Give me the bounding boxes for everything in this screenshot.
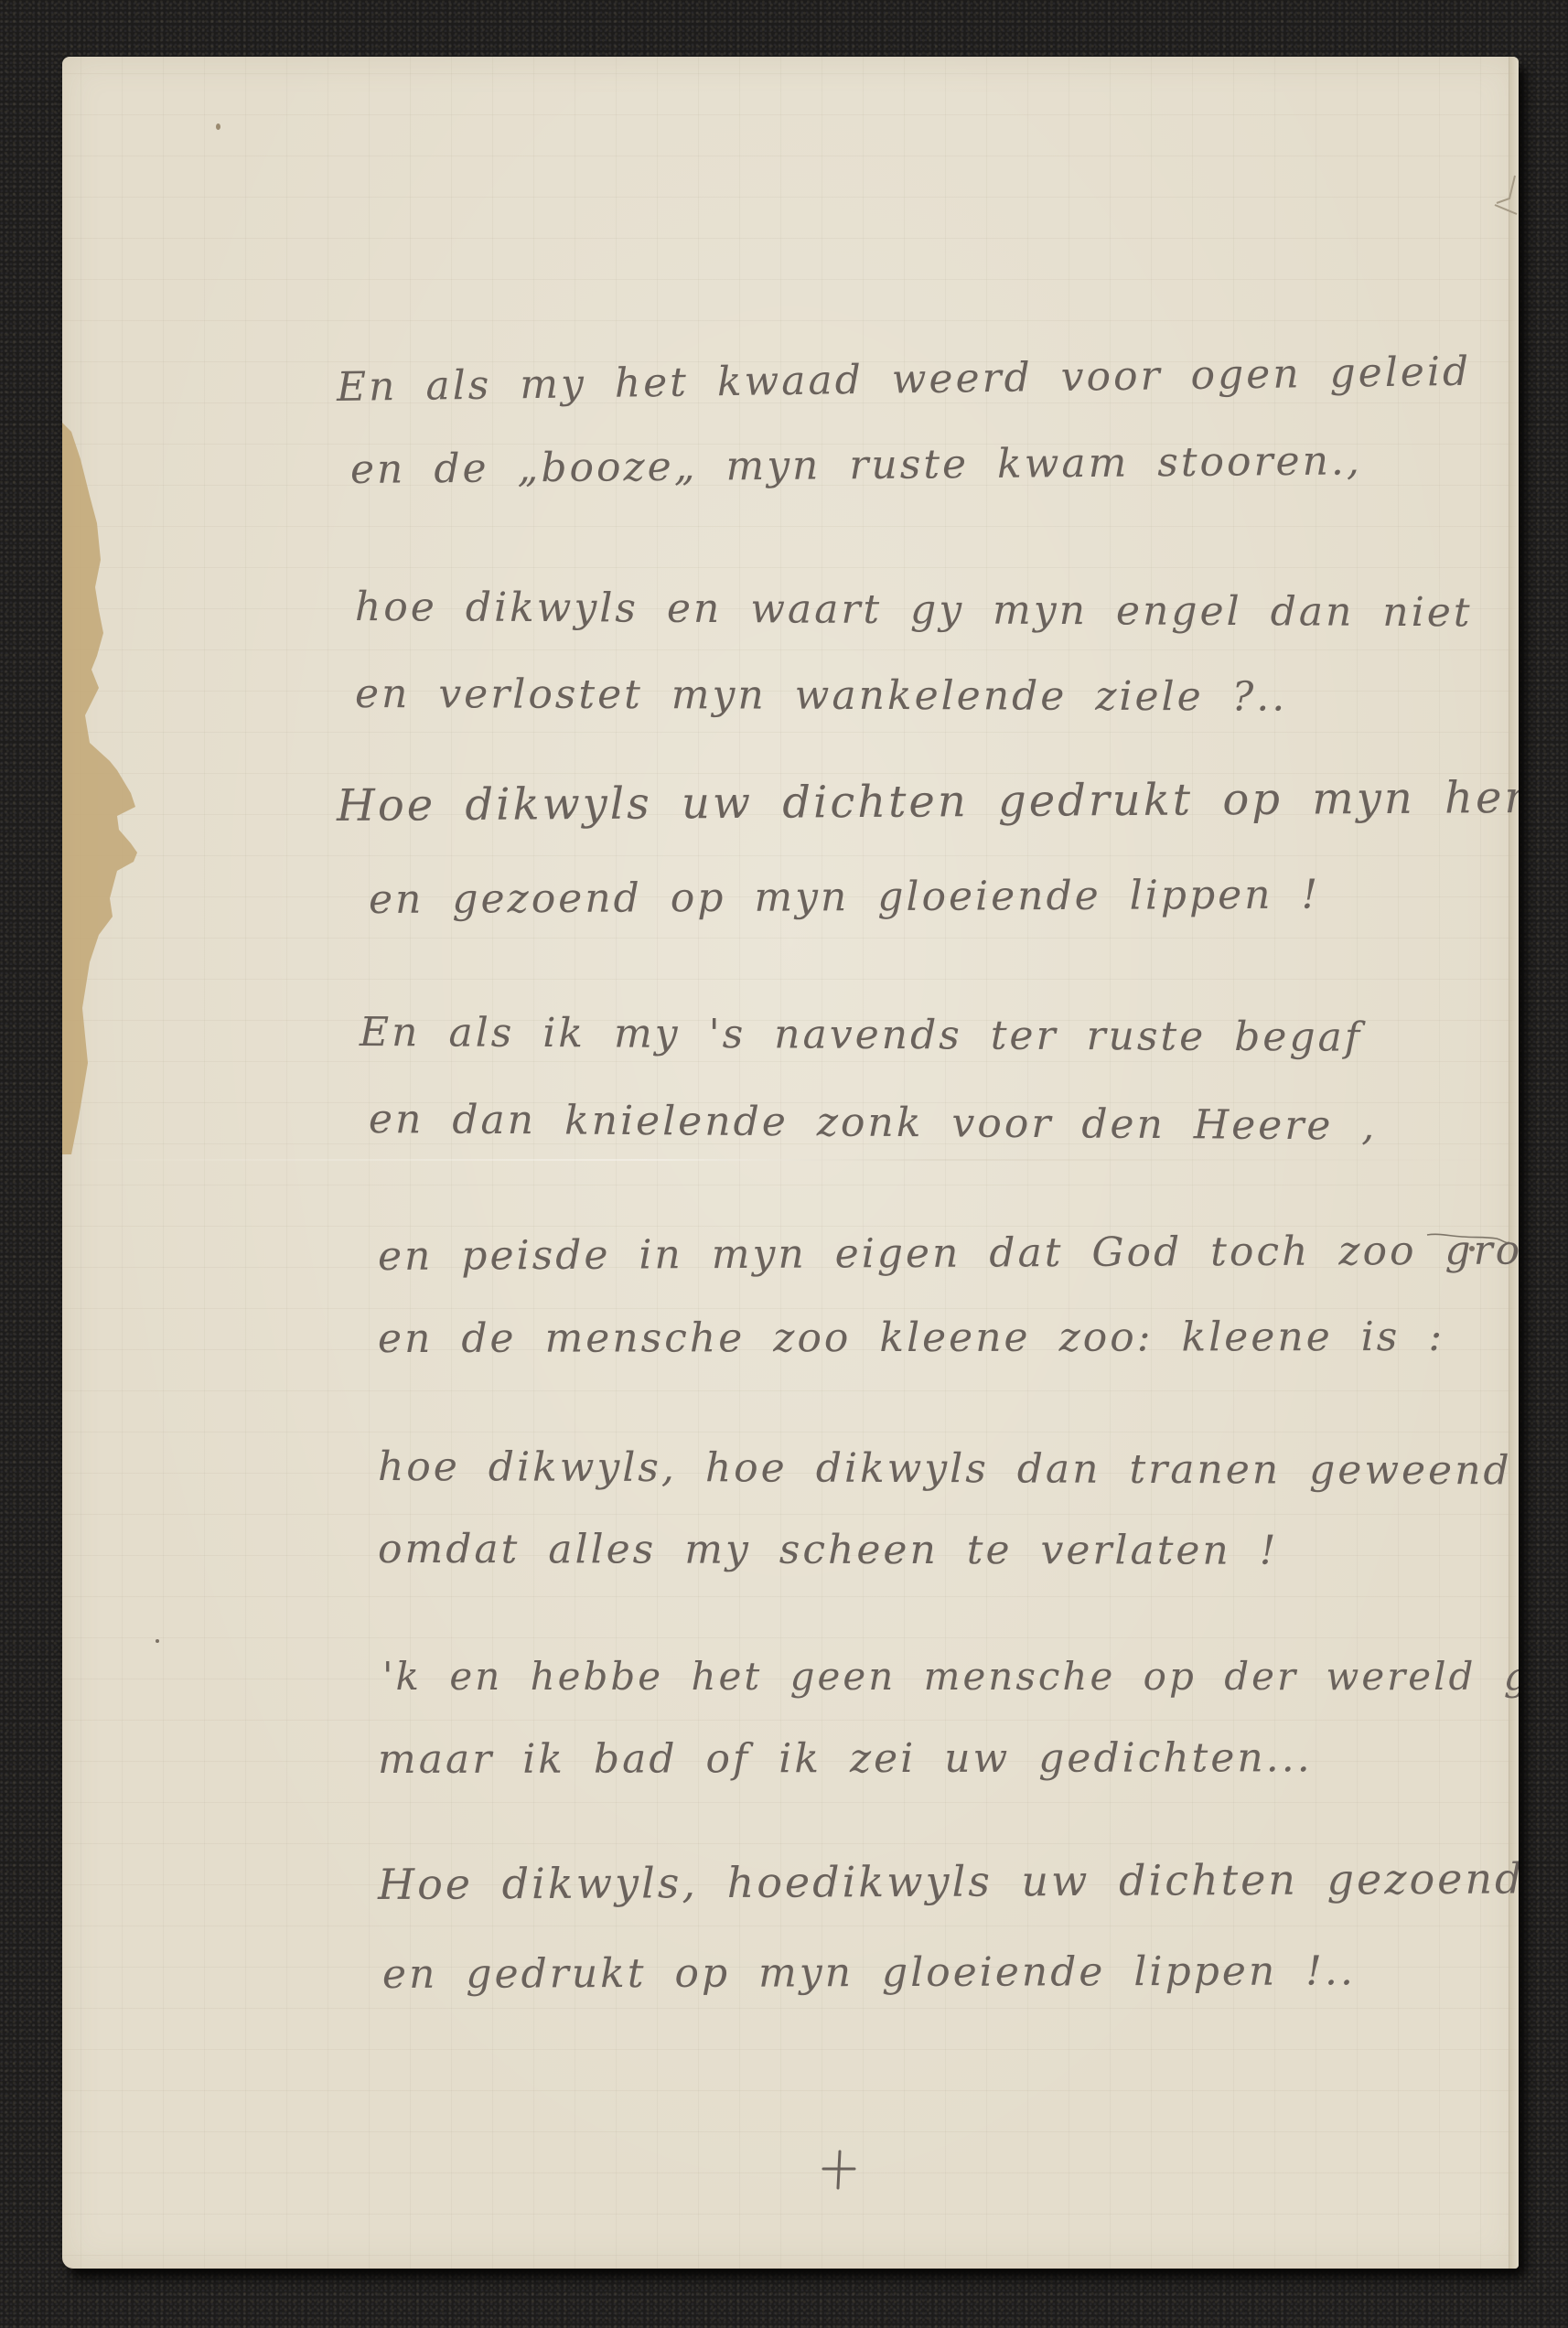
manuscript-line: Hoe dikwyls uw dichten gedrukt op myn he… bbox=[337, 776, 1519, 828]
manuscript-line: En als ik my 's navends ter ruste begaf bbox=[360, 1013, 1362, 1058]
closing-cross-mark bbox=[822, 2147, 858, 2193]
ink-speck bbox=[156, 1639, 159, 1643]
manuscript-page: En als my het kwaad weerd voor ogen gele… bbox=[62, 57, 1519, 2269]
ink-speck bbox=[1469, 1246, 1475, 1251]
manuscript-line: en verlostet myn wankelende ziele ?.. bbox=[355, 674, 1287, 718]
manuscript-line: maar ik bad of ik zei uw gedichten... bbox=[378, 1738, 1313, 1780]
paper-right-edge bbox=[1509, 57, 1519, 2269]
manuscript-line: hoe dikwyls en waart gy myn engel dan ni… bbox=[355, 587, 1473, 633]
manuscript-line: omdat alles my scheen te verlaten ! bbox=[378, 1529, 1279, 1572]
manuscript-line: en de mensche zoo kleene zoo: kleene is … bbox=[378, 1317, 1444, 1359]
ink-speck bbox=[216, 123, 220, 130]
manuscript-line: en gezoend op myn gloeiende lippen ! bbox=[369, 875, 1320, 920]
manuscript-line: En als my het kwaad weerd voor ogen gele… bbox=[337, 352, 1472, 408]
manuscript-line: 'k en hebbe het geen mensche op der were… bbox=[382, 1657, 1519, 1696]
manuscript-line: en de „booze„ myn ruste kwam stooren., bbox=[350, 441, 1362, 490]
edge-tear bbox=[1489, 148, 1519, 221]
manuscript-line: en peisde in myn eigen dat God toch zoo … bbox=[378, 1230, 1519, 1277]
fold-line bbox=[62, 1159, 1519, 1161]
manuscript-line: Hoe dikwyls, hoedikwyls uw dichten gezoe… bbox=[378, 1857, 1519, 1905]
manuscript-line: en dan knielende zonk voor den Heere , bbox=[369, 1100, 1378, 1147]
manuscript-line: en gedrukt op myn gloeiende lippen !.. bbox=[382, 1951, 1356, 1995]
water-stain bbox=[62, 423, 145, 1154]
manuscript-line: hoe dikwyls, hoe dikwyls dan tranen gewe… bbox=[378, 1447, 1512, 1491]
